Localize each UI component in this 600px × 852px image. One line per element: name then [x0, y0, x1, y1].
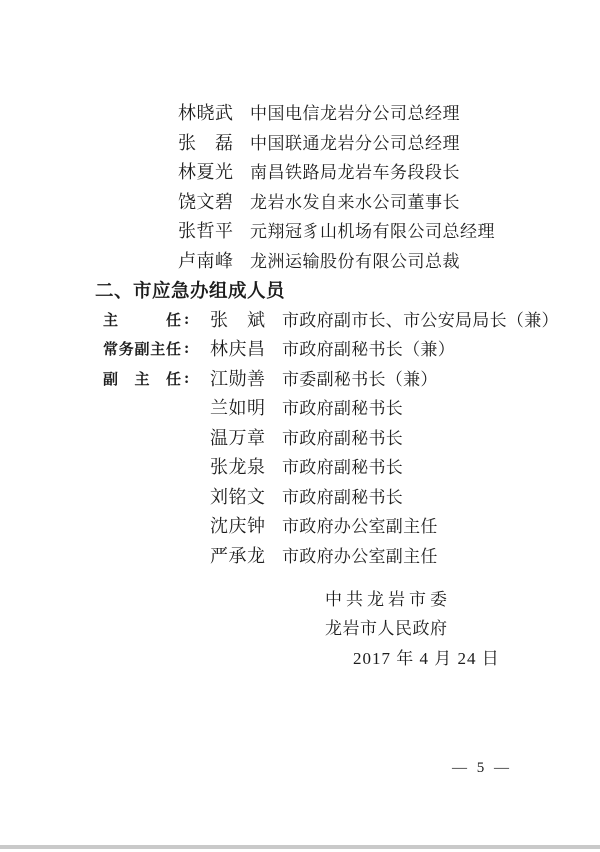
- list-item: 兰如明 市政府副秘书长: [0, 393, 600, 423]
- member-title: 市政府办公室副主任: [282, 546, 438, 567]
- list-item: 温万章 市政府副秘书长: [0, 423, 600, 453]
- member-title: 南昌铁路局龙岩车务段段长: [250, 162, 460, 183]
- list-item: 刘铭文 市政府副秘书长: [0, 482, 600, 512]
- member-title: 市政府办公室副主任: [282, 516, 438, 537]
- member-name: 严承龙: [210, 545, 265, 567]
- member-name: 卢南峰: [178, 250, 233, 272]
- list-item: 林晓武 中国电信龙岩分公司总经理: [0, 98, 600, 128]
- list-item: 主任 : 张 斌 市政府副市长、市公安局局长（兼）: [0, 305, 600, 335]
- member-title: 元翔冠豸山机场有限公司总经理: [250, 221, 495, 242]
- signature-org-government: 龙岩市人民政府: [325, 614, 500, 643]
- list-item: 张龙泉 市政府副秘书长: [0, 452, 600, 482]
- list-item: 卢南峰 龙洲运输股份有限公司总裁: [0, 246, 600, 276]
- member-name: 张 斌: [210, 309, 265, 331]
- member-name: 饶文碧: [178, 191, 233, 213]
- list-item: 副主任 : 江勋善 市委副秘书长（兼）: [0, 364, 600, 394]
- role-label: 主任: [103, 311, 181, 330]
- member-title: 中国电信龙岩分公司总经理: [250, 103, 460, 124]
- document-page: 林晓武 中国电信龙岩分公司总经理 张 磊 中国联通龙岩分公司总经理 林夏光 南昌…: [0, 0, 600, 852]
- member-title: 市委副秘书长（兼）: [282, 369, 438, 390]
- member-title: 市政府副秘书长: [282, 398, 403, 419]
- member-name: 张龙泉: [210, 456, 265, 478]
- member-name: 兰如明: [210, 397, 265, 419]
- member-title: 市政府副秘书长: [282, 487, 403, 508]
- page-number: — 5 —: [452, 760, 512, 777]
- role-colon: :: [184, 369, 189, 389]
- member-title: 龙洲运输股份有限公司总裁: [250, 251, 460, 272]
- list-item: 常务副主任 : 林庆昌 市政府副秘书长（兼）: [0, 334, 600, 364]
- member-name: 张哲平: [178, 220, 233, 242]
- member-title: 市政府副秘书长: [282, 457, 403, 478]
- member-name: 江勋善: [210, 368, 265, 390]
- member-name: 刘铭文: [210, 486, 265, 508]
- member-name: 林夏光: [178, 161, 233, 183]
- emergency-office-list: 主任 : 张 斌 市政府副市长、市公安局局长（兼） 常务副主任 : 林庆昌 市政…: [0, 305, 600, 571]
- member-name: 林庆昌: [210, 338, 265, 360]
- member-name: 林晓武: [178, 102, 233, 124]
- list-item: 沈庆钟 市政府办公室副主任: [0, 511, 600, 541]
- role-colon: :: [184, 339, 189, 359]
- list-item: 严承龙 市政府办公室副主任: [0, 541, 600, 571]
- member-name: 张 磊: [178, 132, 233, 154]
- company-leaders-list: 林晓武 中国电信龙岩分公司总经理 张 磊 中国联通龙岩分公司总经理 林夏光 南昌…: [0, 98, 600, 275]
- member-title: 市政府副市长、市公安局局长（兼）: [282, 310, 559, 331]
- member-title: 市政府副秘书长（兼）: [282, 339, 455, 360]
- member-title: 市政府副秘书长: [282, 428, 403, 449]
- role-label: 常务副主任: [103, 340, 181, 359]
- list-item: 饶文碧 龙岩水发自来水公司董事长: [0, 187, 600, 217]
- list-item: 林夏光 南昌铁路局龙岩车务段段长: [0, 157, 600, 187]
- scan-edge-line: [0, 845, 600, 849]
- signature-date: 2017 年 4 月 24 日: [353, 643, 500, 673]
- member-name: 温万章: [210, 427, 265, 449]
- member-title: 龙岩水发自来水公司董事长: [250, 192, 460, 213]
- section-heading: 二、市应急办组成人员: [95, 275, 285, 305]
- signature-block: 中共龙岩市委 龙岩市人民政府 2017 年 4 月 24 日: [325, 585, 500, 673]
- role-label: 副主任: [103, 370, 181, 389]
- signature-org-party: 中共龙岩市委: [325, 585, 500, 614]
- list-item: 张 磊 中国联通龙岩分公司总经理: [0, 128, 600, 158]
- role-colon: :: [184, 310, 189, 330]
- list-item: 张哲平 元翔冠豸山机场有限公司总经理: [0, 216, 600, 246]
- member-title: 中国联通龙岩分公司总经理: [250, 133, 460, 154]
- member-name: 沈庆钟: [210, 515, 265, 537]
